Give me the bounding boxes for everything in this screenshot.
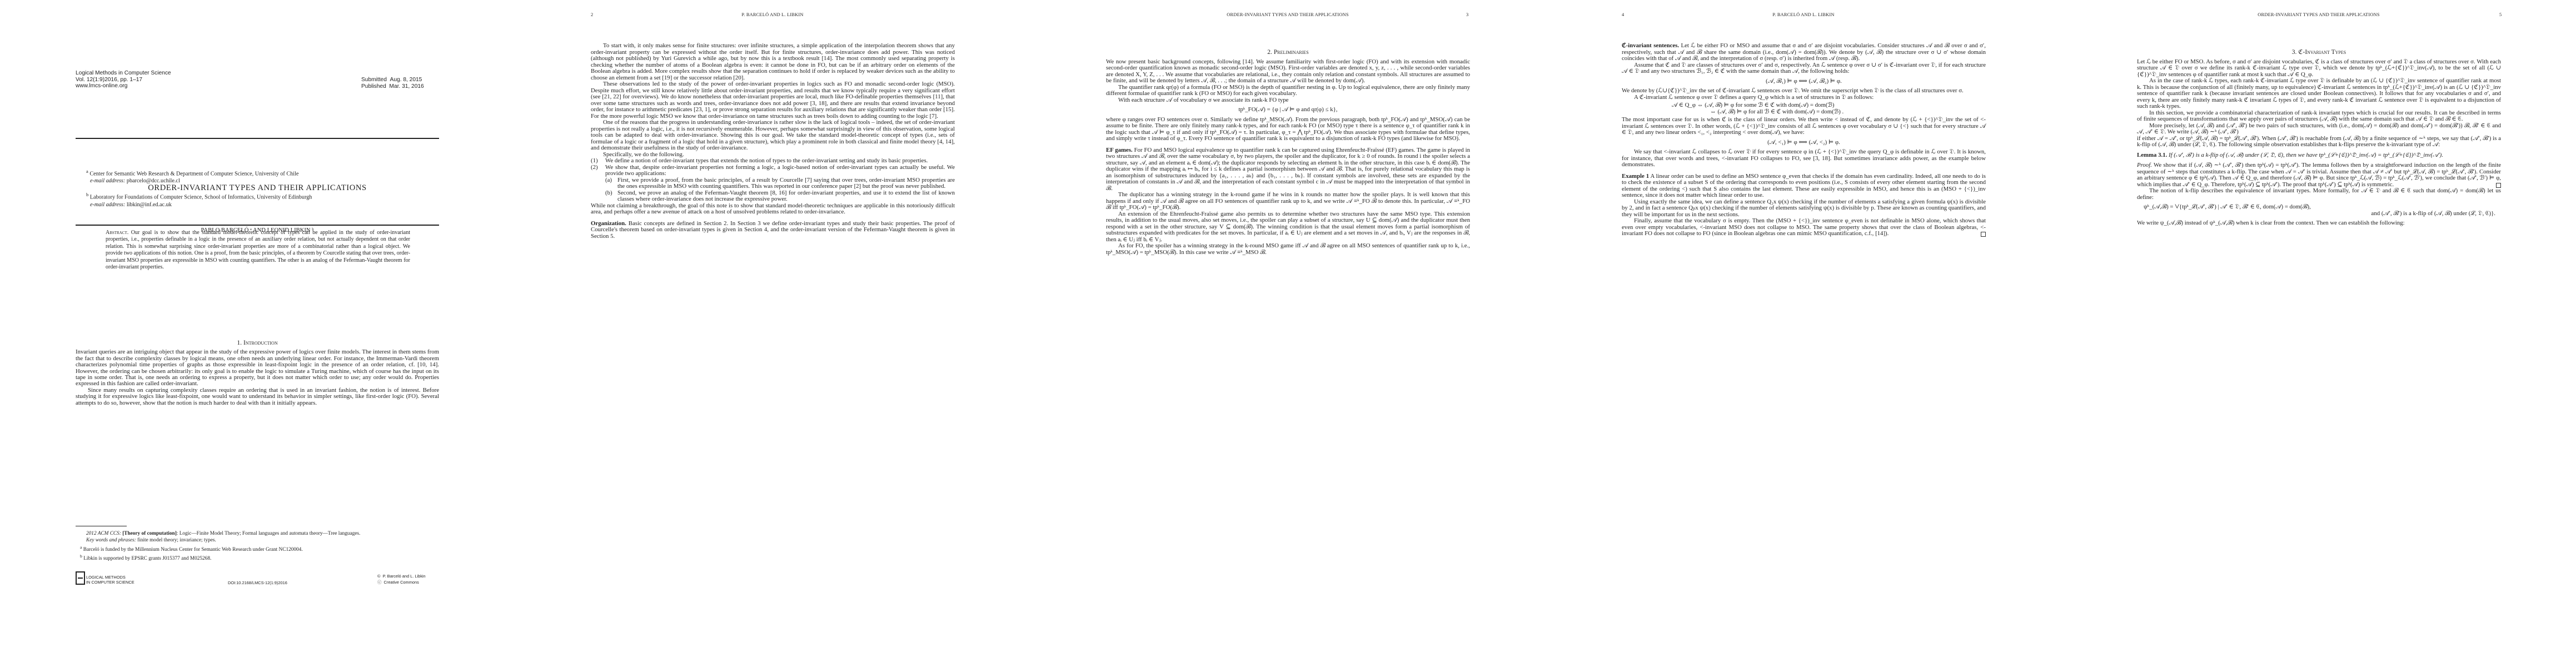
affiliation-rule: [76, 225, 439, 226]
proof: Proof. We show that if (𝒜, ℬ) ∼ᵏ (𝒜′, ℬ′…: [2137, 162, 2501, 188]
email-a[interactable]: pbarcelo@dcc.uchile.cl: [127, 178, 180, 184]
display-equation: 𝒜 ∈ Q_φ ⇔ (𝒜, ℬ) ⊨ φ for some ℬ ∈ ℭ with…: [1672, 102, 1986, 115]
abstract-label: Abstract.: [106, 230, 128, 236]
page-5: ORDER-INVARIANT TYPES AND THEIR APPLICAT…: [2061, 0, 2576, 667]
page-1: Logical Methods in Computer Science Vol.…: [0, 0, 515, 667]
header-rule: [76, 138, 439, 139]
display-equation: ψᵏ_(𝒜,ℬ) = ⋁{tpᵏ_ℒ(𝒜′, ℬ′) | 𝒜′ ∈ 𝔇, ℬ′ …: [2144, 204, 2501, 217]
organization-paragraph: Organization. Basic concepts are defined…: [591, 221, 955, 240]
paragraph: One of the reasons that the progress in …: [591, 120, 955, 152]
paragraph: The duplicator has a winning strategy in…: [1106, 192, 1470, 211]
paragraph: Using exactly the same idea, we can defi…: [1622, 199, 1986, 218]
sub-list-item: (b)Second, we prove an analog of the Fef…: [605, 190, 955, 203]
paragraph: Assume that ℭ and 𝔇 are classes of struc…: [1622, 62, 1986, 75]
display-equation: (𝒜, ℬ₁) ⊨ φ ⟺ (𝒜, ℬ₂) ⊨ φ.: [1622, 78, 1986, 85]
paragraph: In this section, we provide a combinator…: [2137, 110, 2501, 123]
paragraph: ℭ-invariant sentences. Let ℒ be either F…: [1622, 43, 1986, 62]
abstract-text: Our goal is to show that the standard mo…: [106, 230, 410, 270]
display-equation: (𝒜, <₁) ⊨ φ ⟺ (𝒜, <₂) ⊨ φ.: [1622, 140, 1986, 146]
paragraph: where φ ranges over FO sentences over σ.…: [1106, 117, 1470, 142]
ef-games-paragraph: EF games. For FO and MSO logical equival…: [1106, 147, 1470, 192]
footnotes: 2012 ACM CCS: [Theory of computation]: L…: [76, 530, 439, 562]
page-5-body: 3. ℭ-Invariant Types Let ℒ be either FO …: [2137, 49, 2501, 227]
paragraph: The most important case for us is when ℭ…: [1622, 117, 1986, 136]
list-item: (1)We define a notion of order-invariant…: [591, 158, 955, 165]
paragraph: We say that <-invariant ℒ collapses to ℒ…: [1622, 149, 1986, 168]
published-date: Mar. 31, 2016: [389, 83, 423, 89]
display-equation: tpᵏ_FO(𝒜) = {φ | 𝒜 ⊨ φ and qr(φ) ≤ k},: [1106, 107, 1470, 113]
section-heading-invariant-types: 3. ℭ-Invariant Types: [2137, 49, 2501, 56]
copyright: © P. Barceló and L. Libkin ⓒ Creative Co…: [377, 573, 426, 585]
page-number: 5: [2499, 12, 2502, 17]
page-3-body: 2. Preliminaries We now present basic ba…: [1106, 49, 1470, 256]
paragraph: Finally, assume that the vocabulary σ is…: [1622, 218, 1986, 237]
qed-icon: [1981, 232, 1986, 237]
running-head: P. BARCELÓ AND L. LIBKIN: [1622, 12, 1985, 17]
sub-list-item: (a)First, we provide a proof, from the b…: [605, 177, 955, 190]
submitted-label: Submitted: [361, 77, 387, 83]
paragraph: Let ℒ be either FO or MSO. As before, σ …: [2137, 59, 2501, 78]
submitted-date: Aug. 8, 2015: [390, 77, 422, 83]
funding-footnote-a: Barceló is funded by the Millennium Nucl…: [83, 547, 303, 552]
page-2: 2 P. BARCELÓ AND L. LIBKIN To start with…: [515, 0, 1030, 667]
paragraph: More precisely, let (𝒜, ℬ) and (𝒜′, ℬ′) …: [2137, 123, 2501, 136]
page-4-body: ℭ-invariant sentences. Let ℒ be either F…: [1622, 43, 1986, 237]
paragraph: While not claiming a breakthrough, the g…: [591, 203, 955, 216]
funding-footnote-b: Libkin is supported by EPSRC grants J015…: [83, 556, 211, 561]
paragraph: We now present basic background concepts…: [1106, 59, 1470, 84]
running-head: P. BARCELÓ AND L. LIBKIN: [591, 12, 954, 17]
journal-name: Logical Methods in Computer Science: [76, 70, 171, 77]
paragraph: An extension of the Ehrenfeucht-Fraïssé …: [1106, 211, 1470, 243]
page-footer: LOGICAL METHODS IN COMPUTER SCIENCE DOI:…: [76, 571, 439, 594]
intro-section: 1. Introduction Invariant queries are an…: [76, 340, 439, 406]
page-3: ORDER-INVARIANT TYPES AND THEIR APPLICAT…: [1030, 0, 1546, 667]
paragraph: As for FO, the spoiler has a winning str…: [1106, 243, 1470, 256]
affiliation-b-text: Laboratory for Foundations of Computer S…: [90, 195, 312, 201]
published-label: Published: [361, 83, 386, 89]
example-1: Example 1 A linear order can be used to …: [1622, 173, 1986, 199]
submission-dates: Submitted Aug. 8, 2015 Published Mar. 31…: [361, 77, 424, 89]
journal-url[interactable]: www.lmcs-online.org: [76, 83, 171, 89]
lemma-3-1: Lemma 3.1. If (𝒜′, ℬ′) is a k-flip of (𝒜…: [2137, 152, 2501, 159]
abstract: Abstract. Our goal is to show that the s…: [106, 230, 410, 271]
paragraph: As in the case of rank-k ℒ types, each r…: [2137, 78, 2501, 110]
paragraph: We write ψ_(𝒜,ℬ) instead of ψᵏ_(𝒜,ℬ) whe…: [2137, 220, 2501, 227]
affiliation-a-block: a Center for Semantic Web Research & Dep…: [86, 168, 442, 208]
paragraph: The quantifier rank qr(φ) of a formula (…: [1106, 84, 1470, 97]
affiliation-a-text: Center for Semantic Web Research & Depar…: [89, 171, 298, 177]
running-head: ORDER-INVARIANT TYPES AND THEIR APPLICAT…: [2137, 12, 2500, 17]
paragraph: These observations led to the study of t…: [591, 81, 955, 120]
page-4: 4 P. BARCELÓ AND L. LIBKIN ℭ-invariant s…: [1546, 0, 2061, 667]
doi[interactable]: DOI:10.2168/LMCS-12(1:9)2016: [228, 580, 287, 585]
section-heading-preliminaries: 2. Preliminaries: [1106, 49, 1470, 56]
lmcs-logo-icon: [76, 571, 85, 585]
running-head: ORDER-INVARIANT TYPES AND THEIR APPLICAT…: [1106, 12, 1469, 17]
list-item: (2)We show that, despite order-invariant…: [591, 165, 955, 177]
copyright-icon: ©: [377, 574, 380, 579]
footnote-rule: [76, 526, 127, 526]
paragraph: Invariant queries are an intriguing obje…: [76, 349, 439, 387]
journal-info: Logical Methods in Computer Science Vol.…: [76, 70, 171, 89]
creative-commons-icon: ⓒ: [377, 580, 381, 585]
page-2-body: To start with, it only makes sense for f…: [591, 43, 955, 240]
email-b[interactable]: libkin@inf.ed.ac.uk: [127, 202, 172, 208]
page-number: 3: [1466, 12, 1468, 17]
paragraph: A ℭ-invariant ℒ sentence φ over 𝔇 define…: [1622, 94, 1986, 101]
paragraph: Since many results on capturing complexi…: [76, 387, 439, 406]
paragraph: To start with, it only makes sense for f…: [591, 43, 955, 81]
lmcs-logo: LOGICAL METHODS IN COMPUTER SCIENCE: [76, 571, 134, 585]
paragraph: We denote by (ℒ∪{ℭ})^𝔇_inv the set of ℭ-…: [1622, 88, 1986, 94]
section-heading-introduction: 1. Introduction: [76, 340, 439, 346]
paragraph: if either 𝒜 = 𝒜′, or tpᵏ_ℒ(𝒜, ℬ) = tpᵏ_ℒ…: [2137, 136, 2501, 148]
paragraph: The notion of k-flip describes the equiv…: [2137, 188, 2501, 201]
journal-volume: Vol. 12(1:9)2016, pp. 1–17: [76, 77, 171, 83]
paragraph: With each structure 𝒜 of vocabulary σ we…: [1106, 97, 1470, 104]
